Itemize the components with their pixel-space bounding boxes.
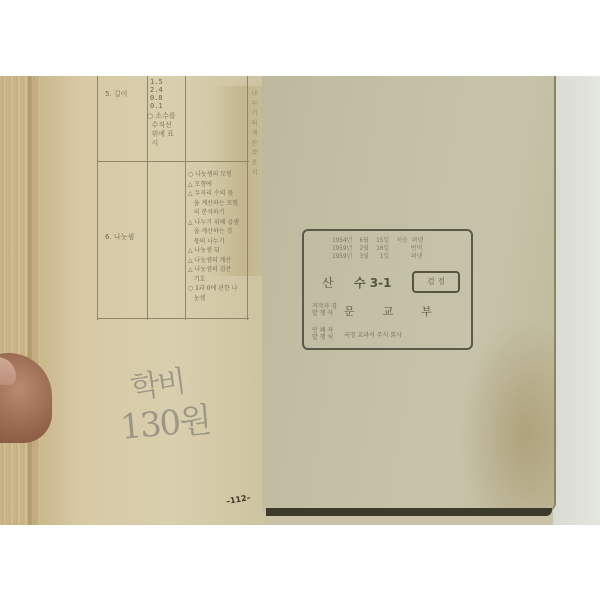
subject-char: 산 <box>322 274 334 291</box>
textbook-photo: 5. 길이 1.5 2.4 0.8 0.1 ○ 소수를 수직선 위에 표 시 6… <box>0 76 600 525</box>
decimal-values: 1.5 2.4 0.8 0.1 <box>150 78 163 110</box>
unit-division: 6. 나눗셈 <box>105 233 134 242</box>
approval-badge: 검 정 <box>412 271 460 293</box>
table-divider <box>185 76 186 320</box>
row-divider <box>97 318 249 319</box>
table-border <box>97 76 98 320</box>
handwritten-price: 학비 130원 <box>130 358 210 445</box>
side-text: 나 누 기 의 계 산 과 분 석 <box>249 90 258 176</box>
colophon-box: 1954년 6월 15일 처음 펴냄 1959년 2월 10일 번역 1959년… <box>302 229 473 350</box>
length-notes: ○ 소수를 수직선 위에 표 시 <box>147 112 176 148</box>
curriculum-table: 5. 길이 1.5 2.4 0.8 0.1 ○ 소수를 수직선 위에 표 시 6… <box>97 76 249 320</box>
subject-number: 수 3-1 <box>354 274 391 291</box>
page-shadow <box>28 76 38 525</box>
table-border <box>247 76 248 320</box>
publication-dates: 1954년 6월 15일 처음 펴냄 1959년 2월 10일 번역 1959년… <box>332 237 423 261</box>
unit-length: 5. 길이 <box>105 90 127 99</box>
title-row: 산 수 3-1 검 정 <box>318 274 468 294</box>
printer-name: 국정 교과서 주식 회사 <box>344 330 402 339</box>
publisher-name: 문교부 <box>344 303 460 319</box>
thumbnail-nail <box>0 357 16 385</box>
handwriting-line2: 130원 <box>118 392 212 449</box>
division-notes: ○ 나눗셈의 모형 △ 모형에 △ 두자리 수의 몫 을 계산하는 모형 의 분… <box>188 170 239 303</box>
printer-label: 인 쇄 자 발 행 처 <box>312 327 342 341</box>
row-divider <box>97 161 249 162</box>
table-surface <box>553 76 600 525</box>
book-cover-edge <box>266 508 552 516</box>
water-stain <box>459 316 554 511</box>
publisher-label: 저작자 겸 발 행 자 <box>312 303 342 317</box>
